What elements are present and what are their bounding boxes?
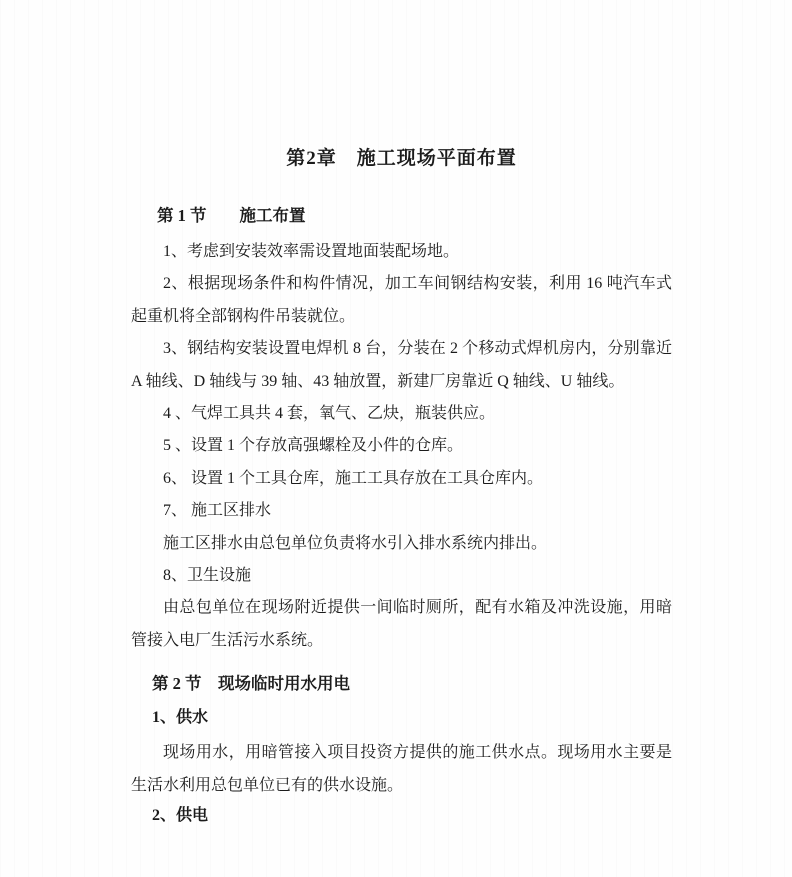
section-1-paragraph-8: 施工区排水由总包单位负责将水引入排水系统内排出。 [131, 528, 672, 560]
subsection-water-heading: 1、供水 [152, 706, 672, 730]
section-1-paragraph-5: 5 、设置 1 个存放高强螺栓及小件的仓库。 [131, 430, 672, 462]
subsection-power-heading: 2、供电 [152, 804, 672, 828]
section-2-paragraph-1: 现场用水，用暗管接入项目投资方提供的施工供水点。现场用水主要是生活水利用总包单位… [131, 737, 672, 802]
section-1-paragraph-4: 4 、气焊工具共 4 套，氧气、乙炔，瓶装供应。 [131, 398, 672, 430]
chapter-title: 第2章 施工现场平面布置 [131, 146, 672, 172]
section-1-paragraph-1: 1、考虑到安装效率需设置地面装配场地。 [131, 236, 672, 268]
section-1-paragraph-7: 7、 施工区排水 [131, 495, 672, 527]
section-1-paragraph-3: 3、钢结构安装设置电焊机 8 台，分装在 2 个移动式焊机房内，分别靠近 A 轴… [131, 333, 672, 398]
section-1-paragraph-2: 2、根据现场条件和构件情况，加工车间钢结构安装，利用 16 吨汽车式起重机将全部… [131, 268, 672, 333]
section-2-heading: 第 2 节 现场临时用水用电 [152, 672, 672, 696]
document-page: 第2章 施工现场平面布置 第 1 节 施工布置 1、考虑到安装效率需设置地面装配… [0, 0, 792, 877]
section-1-paragraph-10: 由总包单位在现场附近提供一间临时厕所，配有水箱及冲洗设施，用暗管接入电厂生活污水… [131, 592, 672, 657]
section-1-paragraph-9: 8、卫生设施 [131, 560, 672, 592]
document-content: 第2章 施工现场平面布置 第 1 节 施工布置 1、考虑到安装效率需设置地面装配… [131, 0, 672, 828]
section-1-paragraph-6: 6、 设置 1 个工具仓库，施工工具存放在工具仓库内。 [131, 463, 672, 495]
section-1-heading: 第 1 节 施工布置 [157, 204, 672, 228]
